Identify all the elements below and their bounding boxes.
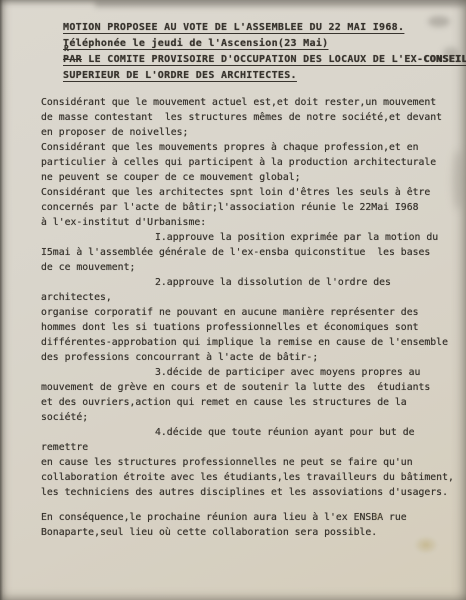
considerant-paragraph-2: Considérant que les mouvements propres à… [41, 140, 466, 185]
title-line-comite-overtyped: CONSEIL [423, 54, 466, 65]
title-line-superieur: SUPERIEUR DE L'ORDRE DES ARCHITECTES. [63, 68, 297, 84]
considerant-paragraph-3: Considérant que les architectes spnt loi… [41, 185, 466, 230]
scan-edge-left [0, 0, 3, 600]
scanned-document-page: MOTION PROPOSEE AU VOTE DE L'ASSEMBLEE D… [0, 0, 466, 600]
closing-paragraph: En conséquence,le prochaine réunion aura… [41, 510, 466, 540]
title-line-comite-text: LE COMITE PROVISOIRE D'OCCUPATION DES LO… [82, 54, 423, 65]
motion-item-2: 2.approuve la dissolution de l'ordre des… [41, 275, 466, 365]
title-line-telephone: Téléphonée le jeudi de l'Ascension(23 Ma… [63, 36, 328, 52]
motion-item-3: 3.décide de participer avec moyens propr… [41, 365, 466, 425]
document-body: Considérant que le mouvement actuel est,… [41, 95, 466, 540]
document-header: MOTION PROPOSEE AU VOTE DE L'ASSEMBLEE D… [63, 20, 466, 84]
title-line-comite: RPAR LE COMITE PROVISOIRE D'OCCUPATION D… [63, 52, 466, 68]
struck-word-par: PAR [63, 54, 82, 65]
motion-item-1: I.approuve la position exprimée par la m… [41, 230, 466, 275]
motion-item-4: 4.décide que toute réunion ayant pour bu… [41, 425, 466, 500]
considerant-paragraph-1: Considérant que le mouvement actuel est,… [41, 95, 466, 140]
typed-correction-r: R [64, 45, 69, 53]
scan-smudge-top [95, 0, 466, 7]
title-line-motion: MOTION PROPOSEE AU VOTE DE L'ASSEMBLEE D… [63, 20, 404, 36]
